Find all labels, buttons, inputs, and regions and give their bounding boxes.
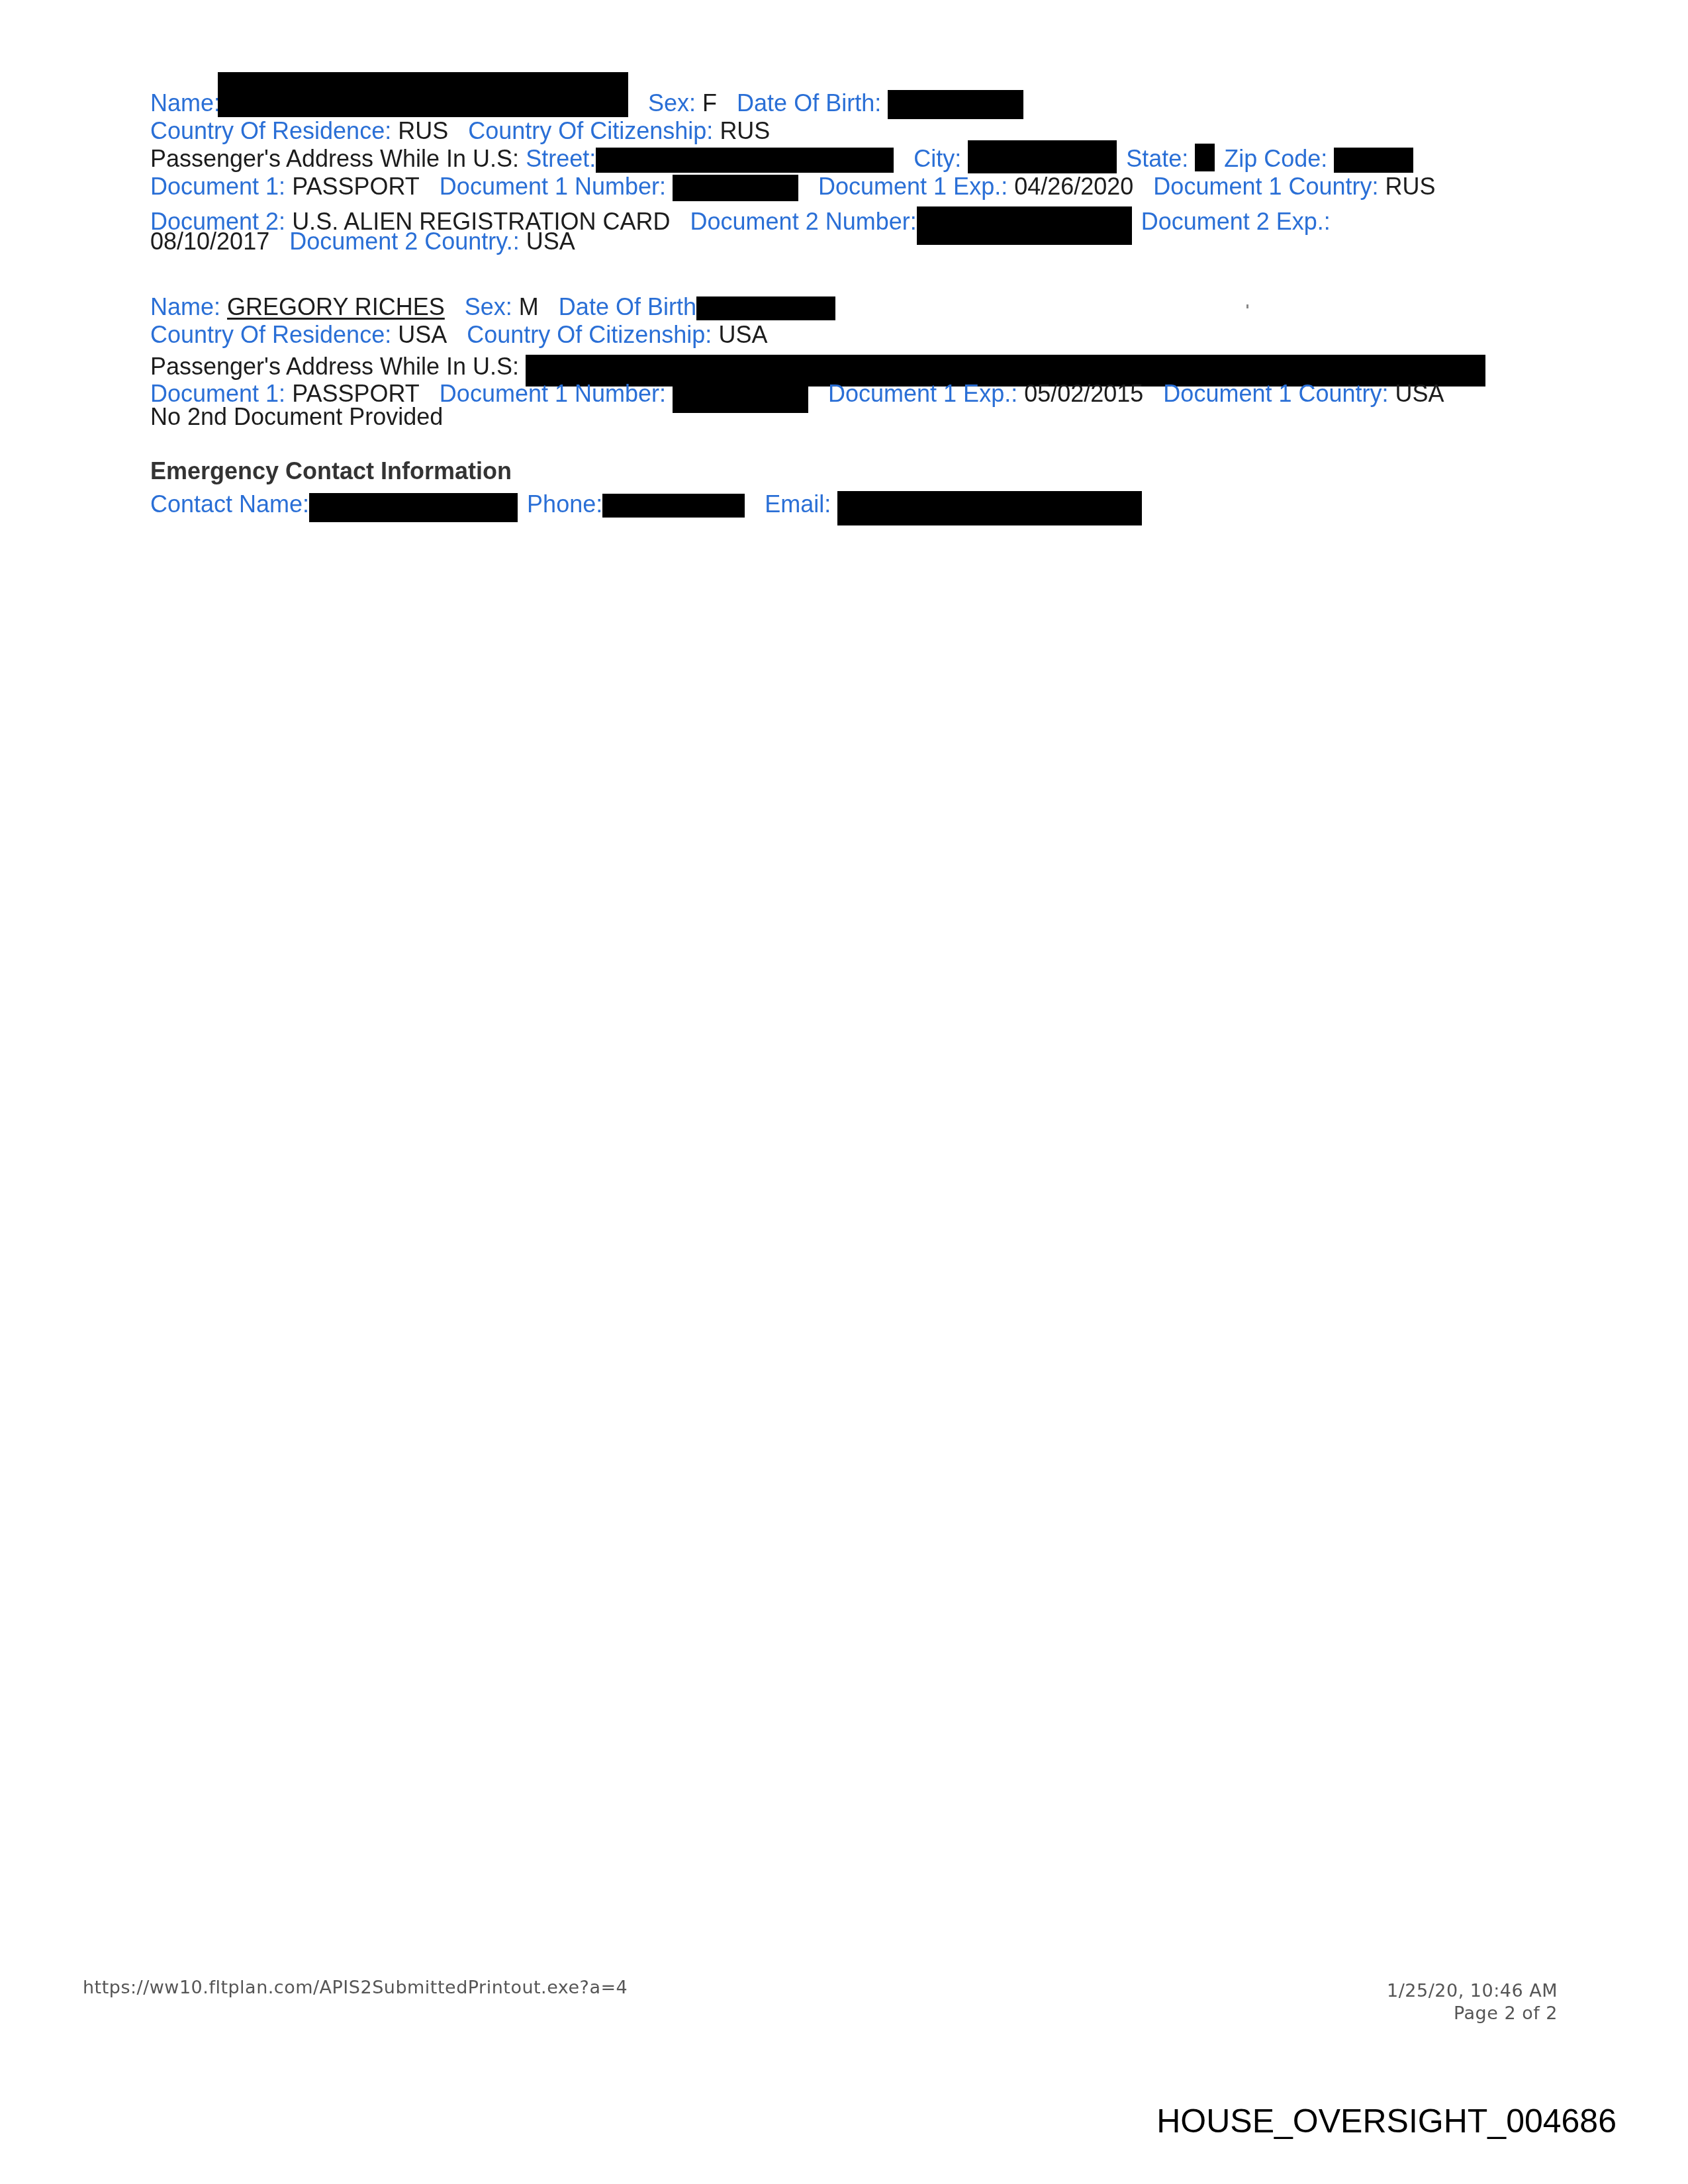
residence-label: Country Of Residence: (150, 117, 391, 144)
citizenship-label: Country Of Citizenship: (467, 321, 712, 348)
doc1-country-label: Document 1 Country: (1163, 380, 1388, 407)
redacted-phone (602, 494, 745, 518)
emergency-contact-heading: Emergency Contact Information (150, 458, 512, 484)
p2-line-doc2: No 2nd Document Provided (150, 404, 443, 430)
doc1-exp-label: Document 1 Exp.: (818, 173, 1008, 200)
redacted-doc2-number (917, 206, 1132, 245)
redacted-dob (696, 296, 835, 320)
residence-label: Country Of Residence: (150, 321, 391, 348)
redacted-state (1195, 144, 1215, 171)
doc2-exp-value: 08/10/2017 (150, 228, 269, 255)
name-label: Name: (150, 89, 220, 116)
street-label: Street: (526, 145, 596, 172)
p1-line-address: Passenger's Address While In U.S: Street… (150, 146, 1413, 173)
p1-line-doc1: Document 1: PASSPORTDocument 1 Number: D… (150, 173, 1436, 201)
redacted-city (968, 140, 1117, 173)
doc2-country-value: USA (526, 228, 575, 255)
p2-line-identity: Name: GREGORY RICHESSex: MDate Of Birth (150, 294, 835, 320)
contact-name-label: Contact Name: (150, 490, 309, 518)
sex-value: F (702, 89, 717, 116)
footer-meta: 1/25/20, 10:46 AM Page 2 of 2 (1387, 1980, 1558, 2025)
state-label: State: (1126, 145, 1188, 172)
p1-line-country: Country Of Residence: RUSCountry Of Citi… (150, 118, 770, 144)
residence-value: RUS (398, 117, 448, 144)
p1-line-doc2-cont: 08/10/2017Document 2 Country.: USA (150, 228, 575, 255)
doc1-type: PASSPORT (292, 173, 420, 200)
name-label: Name: (150, 293, 220, 320)
doc1-exp-value: 05/02/2015 (1024, 380, 1143, 407)
redacted-dob (888, 90, 1023, 119)
redacted-doc1-number (673, 175, 798, 201)
scan-speck (1246, 304, 1248, 308)
doc2-country-label: Document 2 Country.: (289, 228, 519, 255)
redacted-email (837, 491, 1142, 525)
redacted-zip (1334, 148, 1413, 173)
footer-url: https://ww10.fltplan.com/APIS2SubmittedP… (83, 1978, 628, 1998)
no-doc2-text: No 2nd Document Provided (150, 403, 443, 430)
redacted-name (218, 72, 628, 117)
p1-line-identity: Name:Sex: FDate Of Birth: (150, 90, 1023, 119)
name-value: GREGORY RICHES (227, 293, 445, 320)
p2-line-country: Country Of Residence: USACountry Of Citi… (150, 322, 767, 348)
citizenship-value: USA (718, 321, 767, 348)
doc1-country-label: Document 1 Country: (1153, 173, 1378, 200)
doc1-label: Document 1: (150, 173, 285, 200)
doc1-number-label: Document 1 Number: (440, 173, 666, 200)
address-label: Passenger's Address While In U.S: (150, 145, 519, 172)
redacted-street (596, 148, 894, 173)
bates-number: HOUSE_OVERSIGHT_004686 (1156, 2102, 1617, 2140)
email-label: Email: (765, 490, 831, 518)
city-label: City: (914, 145, 961, 172)
redacted-contact-name (309, 493, 518, 522)
doc1-country-value: RUS (1385, 173, 1436, 200)
footer-page-number: Page 2 of 2 (1387, 2003, 1558, 2025)
doc1-exp-value: 04/26/2020 (1014, 173, 1133, 200)
redacted-doc1-number (673, 384, 808, 413)
dob-label: Date Of Birth: (737, 89, 881, 116)
doc1-exp-label: Document 1 Exp.: (828, 380, 1017, 407)
sex-label: Sex: (648, 89, 696, 116)
residence-value: USA (398, 321, 447, 348)
address-label: Passenger's Address While In U.S: (150, 353, 519, 380)
citizenship-label: Country Of Citizenship: (468, 117, 713, 144)
doc2-exp-label: Document 2 Exp.: (1141, 208, 1331, 235)
dob-label: Date Of Birth (559, 293, 696, 320)
citizenship-value: RUS (720, 117, 770, 144)
sex-value: M (519, 293, 539, 320)
doc1-country-value: USA (1395, 380, 1444, 407)
zip-label: Zip Code: (1224, 145, 1327, 172)
sex-label: Sex: (465, 293, 512, 320)
phone-label: Phone: (527, 490, 602, 518)
doc1-number-label: Document 1 Number: (440, 380, 666, 407)
doc2-number-label: Document 2 Number: (690, 208, 917, 235)
footer-timestamp: 1/25/20, 10:46 AM (1387, 1980, 1558, 2003)
emergency-contact-line: Contact Name:Phone:Email: (150, 486, 1142, 525)
